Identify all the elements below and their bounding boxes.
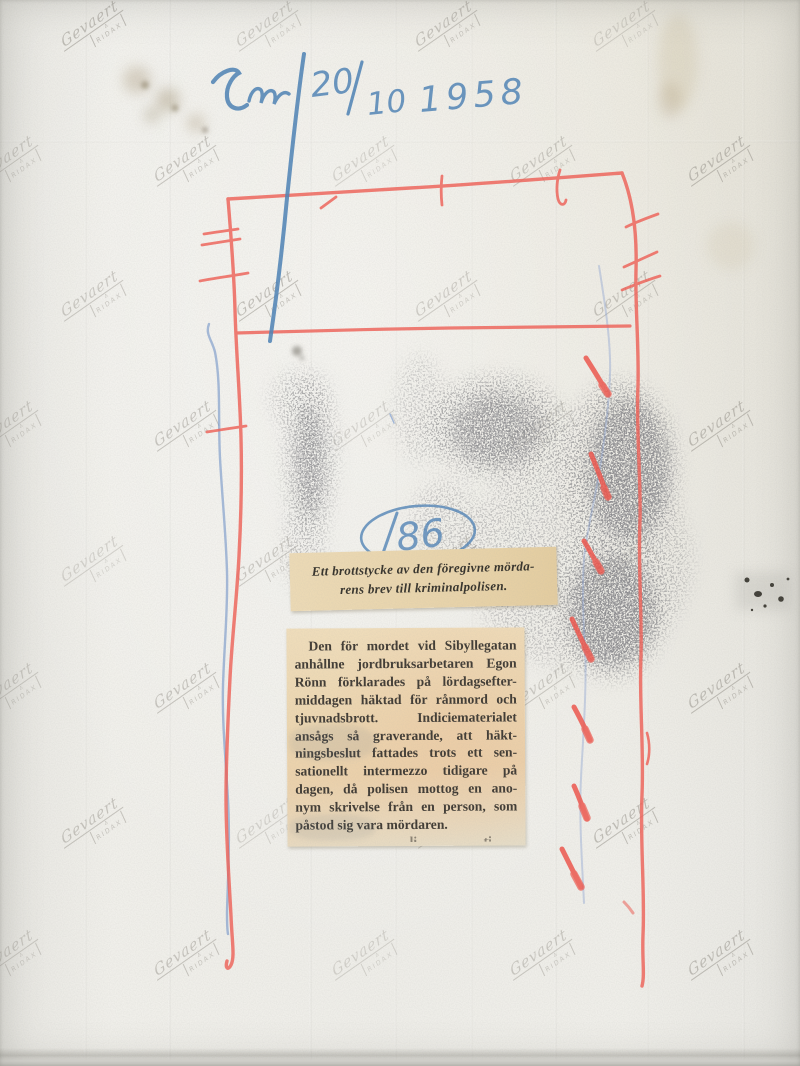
article-line: anhållne jordbruksarbetaren Egon — [295, 654, 517, 673]
stain-specks — [141, 81, 304, 360]
article-line: Rönn förklarades på lördagsefter- — [295, 672, 517, 691]
article-line: dagen, då polisen mottog en ano- — [295, 780, 517, 799]
news-clipping-article: Den för mordet vid Sibyllegatananhållne … — [286, 627, 525, 846]
crop-right-edge-bump — [647, 733, 649, 764]
date-month: 10 — [365, 83, 408, 123]
ink-showthrough — [289, 724, 375, 760]
news-clipping-caption: Ett brottstycke av den föregivne mörda- … — [289, 547, 557, 612]
letter-nf-stroke — [249, 89, 289, 104]
cutoff-fragment: li — [410, 834, 418, 842]
letter-I-stroke — [213, 70, 247, 109]
markings-layer: 20 10 1958 86 — [0, 0, 800, 1066]
cutoff-fragment: ti — [484, 834, 492, 842]
date-digits: 20 10 1958 — [308, 61, 529, 123]
crop-top-ticks — [321, 170, 566, 208]
blue-tick — [390, 414, 394, 423]
date-day: 20 — [308, 61, 356, 106]
ink-showthrough — [289, 814, 375, 840]
article-line: middagen häktad för rånmord och — [295, 690, 517, 709]
crop-right-ticks — [622, 214, 660, 290]
photo-back: GevaertΔRIDAXGevaertΔRIDAXGevaertΔRIDAXG… — [0, 0, 800, 1066]
crop-mid-line — [236, 326, 630, 333]
article-line: Den för mordet vid Sibyllegatan — [294, 636, 516, 655]
article-line: sationellt intermezzo tidigare på — [295, 762, 517, 781]
date-year: 1958 — [417, 72, 529, 121]
